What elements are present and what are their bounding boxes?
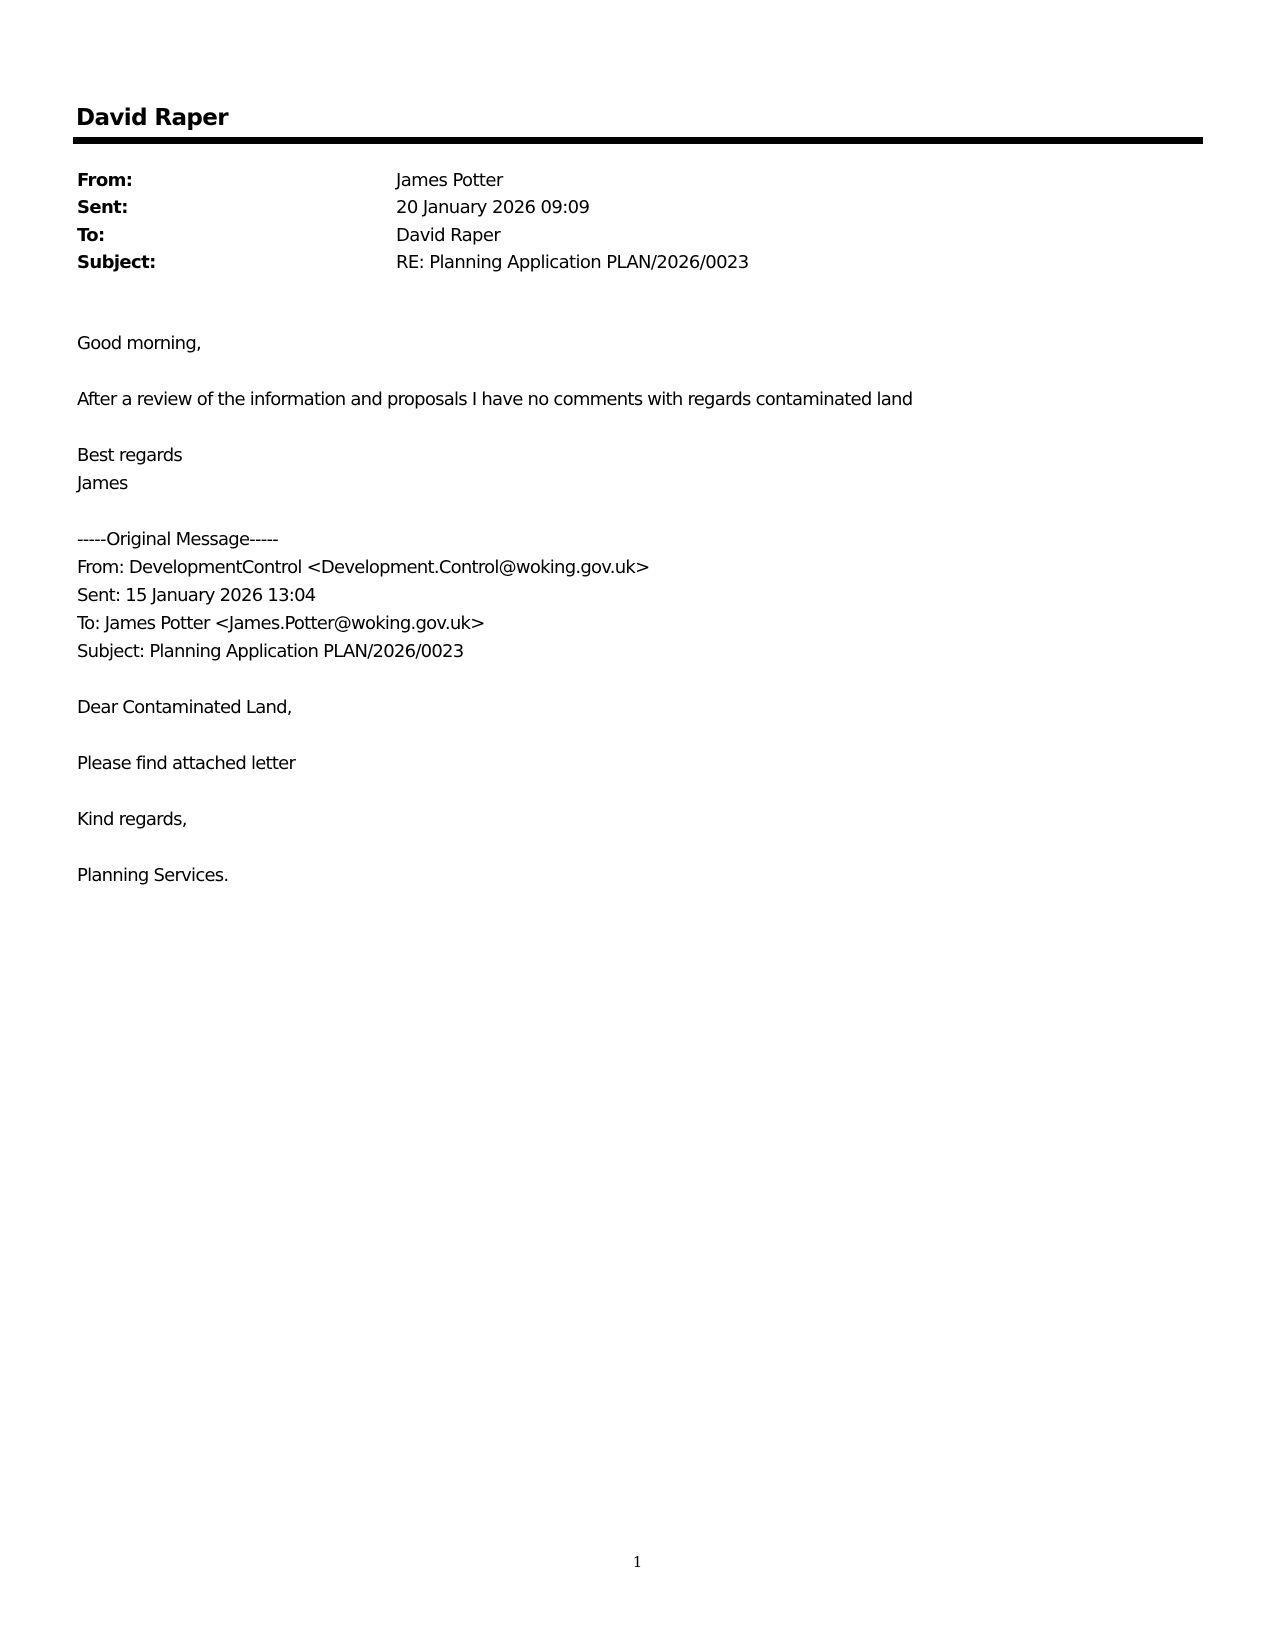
email-headers: From: James Potter Sent: 20 January 2026…: [77, 167, 749, 276]
original-sent: Sent: 15 January 2026 13:04: [77, 582, 912, 610]
header-row-sent: Sent: 20 January 2026 09:09: [77, 194, 749, 221]
title-rule: [73, 137, 1203, 144]
header-row-to: To: David Raper: [77, 222, 749, 249]
page-title: David Raper: [76, 104, 228, 132]
reply-message: After a review of the information and pr…: [77, 386, 912, 414]
spacer: [77, 414, 912, 442]
header-label: To:: [77, 222, 396, 249]
original-greeting: Dear Contaminated Land,: [77, 694, 912, 722]
original-to: To: James Potter <James.Potter@woking.go…: [77, 610, 912, 638]
original-subject: Subject: Planning Application PLAN/2026/…: [77, 638, 912, 666]
header-label: Subject:: [77, 249, 396, 276]
header-row-from: From: James Potter: [77, 167, 749, 194]
spacer: [77, 834, 912, 862]
header-value-subject: RE: Planning Application PLAN/2026/0023: [396, 249, 749, 276]
header-label: Sent:: [77, 194, 396, 221]
signature: James: [77, 470, 912, 498]
email-body: Good morning, After a review of the info…: [77, 330, 912, 890]
original-signature: Planning Services.: [77, 862, 912, 890]
header-label: From:: [77, 167, 396, 194]
original-from: From: DevelopmentControl <Development.Co…: [77, 554, 912, 582]
signoff: Best regards: [77, 442, 912, 470]
spacer: [77, 778, 912, 806]
spacer: [77, 498, 912, 526]
spacer: [77, 358, 912, 386]
header-value-from: James Potter: [396, 167, 503, 194]
header-value-sent: 20 January 2026 09:09: [396, 194, 589, 221]
greeting: Good morning,: [77, 330, 912, 358]
original-signoff: Kind regards,: [77, 806, 912, 834]
original-message-separator: -----Original Message-----: [77, 526, 912, 554]
header-value-to: David Raper: [396, 222, 500, 249]
spacer: [77, 666, 912, 694]
page-number: 1: [0, 1553, 1275, 1571]
original-message-text: Please find attached letter: [77, 750, 912, 778]
header-row-subject: Subject: RE: Planning Application PLAN/2…: [77, 249, 749, 276]
spacer: [77, 722, 912, 750]
